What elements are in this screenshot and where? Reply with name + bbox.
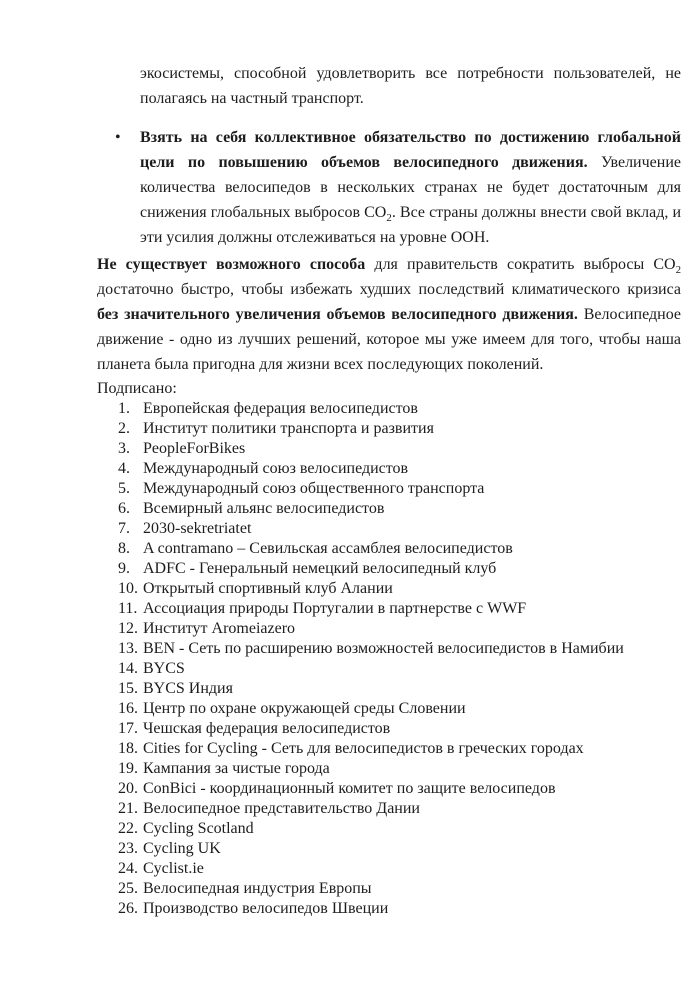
signatory-item: Открытый спортивный клуб Алании: [118, 579, 681, 599]
signatory-name: Cities for Cycling - Сеть для велосипеди…: [143, 740, 584, 757]
signatory-name: Всемирный альянс велосипедистов: [143, 500, 384, 517]
bullet-marker-icon: •: [97, 125, 140, 250]
signatory-item: Институт Aromeiazero: [118, 619, 681, 639]
document-page: экосистемы, способной удовлетворить все …: [0, 0, 700, 990]
signatory-name: Центр по охране окружающей среды Словени…: [143, 700, 466, 717]
signed-label: Подписано:: [97, 379, 681, 399]
signatory-name: Велосипедное представительство Дании: [143, 800, 420, 817]
co2-subscript: 2: [676, 264, 681, 276]
signatory-item: A contramano – Севильская ассамблея вело…: [118, 539, 681, 559]
signatory-name: BEN - Сеть по расширению возможностей ве…: [143, 640, 624, 657]
signatory-name: PeopleForBikes: [143, 440, 245, 457]
signatory-name: BYCS Индия: [143, 680, 233, 697]
signatory-name: Чешская федерация велосипедистов: [143, 720, 390, 737]
signatory-name: Институт Aromeiazero: [143, 620, 295, 637]
signatory-name: Европейская федерация велосипедистов: [143, 400, 418, 417]
signatory-name: Кампания за чистые города: [143, 760, 330, 777]
signatory-item: BEN - Сеть по расширению возможностей ве…: [118, 639, 681, 659]
signatory-name: 2030-sekretriatet: [143, 520, 251, 537]
signatory-item: Ассоциация природы Португалии в партнерс…: [118, 599, 681, 619]
signatory-item: Всемирный альянс велосипедистов: [118, 499, 681, 519]
signatory-item: BYCS: [118, 659, 681, 679]
continuation-paragraph: экосистемы, способной удовлетворить все …: [140, 61, 681, 111]
closing-bold-2: без значительного увеличения объемов вел…: [97, 306, 578, 323]
signatory-item: Институт политики транспорта и развития: [118, 419, 681, 439]
closing-regular-2: достаточно быстро, чтобы избежать худших…: [97, 281, 681, 298]
closing-bold-1: Не существует возможного способа: [97, 256, 365, 273]
signatory-name: Производство велосипедов Швеции: [143, 900, 388, 917]
signatory-name: Cycling Scotland: [143, 820, 254, 837]
signatory-item: Cycling UK: [118, 839, 681, 859]
signatory-item: BYCS Индия: [118, 679, 681, 699]
signatory-item: Чешская федерация велосипедистов: [118, 719, 681, 739]
signatory-name: Cyclist.ie: [143, 860, 204, 877]
signatory-item: 2030-sekretriatet: [118, 519, 681, 539]
bullet-paragraph-text: Взять на себя коллективное обязательство…: [140, 125, 681, 250]
bullet-paragraph: Взять на себя коллективное обязательство…: [140, 125, 681, 250]
signatory-name: Международный союз общественного транспо…: [143, 480, 484, 497]
signatory-item: Cyclist.ie: [118, 859, 681, 879]
signatory-name: Cycling UK: [143, 840, 221, 857]
signatory-item: ConBici - координационный комитет по защ…: [118, 779, 681, 799]
signatories-list: Европейская федерация велосипедистов Инс…: [97, 399, 681, 919]
signatory-name: ConBici - координационный комитет по защ…: [143, 780, 556, 797]
signatory-item: Европейская федерация велосипедистов: [118, 399, 681, 419]
continuation-text: экосистемы, способной удовлетворить все …: [140, 65, 681, 107]
signatory-name: Велосипедная индустрия Европы: [143, 880, 372, 897]
closing-regular-1: для правительств сократить выбросы CO: [365, 256, 675, 273]
signatory-name: ADFC - Генеральный немецкий велосипедный…: [143, 560, 496, 577]
signatory-item: Велосипедная индустрия Европы: [118, 879, 681, 899]
signatory-item: ADFC - Генеральный немецкий велосипедный…: [118, 559, 681, 579]
signatory-item: Cycling Scotland: [118, 819, 681, 839]
signatory-item: PeopleForBikes: [118, 439, 681, 459]
signatory-name: Ассоциация природы Португалии в партнерс…: [143, 600, 526, 617]
signatory-item: Велосипедное представительство Дании: [118, 799, 681, 819]
bullet-item: • Взять на себя коллективное обязательст…: [97, 125, 681, 250]
signatory-item: Производство велосипедов Швеции: [118, 899, 681, 919]
signatory-item: Центр по охране окружающей среды Словени…: [118, 699, 681, 719]
signatory-name: Открытый спортивный клуб Алании: [143, 580, 393, 597]
document-content: экосистемы, способной удовлетворить все …: [97, 61, 681, 919]
signatory-item: Международный союз велосипедистов: [118, 459, 681, 479]
signatory-name: A contramano – Севильская ассамблея вело…: [143, 540, 513, 557]
signatory-item: Международный союз общественного транспо…: [118, 479, 681, 499]
signatory-name: Международный союз велосипедистов: [143, 460, 408, 477]
signatory-item: Кампания за чистые города: [118, 759, 681, 779]
signatory-name: BYCS: [143, 660, 185, 677]
signatory-name: Институт политики транспорта и развития: [143, 420, 434, 437]
signatory-item: Cities for Cycling - Сеть для велосипеди…: [118, 739, 681, 759]
closing-paragraph: Не существует возможного способа для пра…: [97, 252, 681, 377]
